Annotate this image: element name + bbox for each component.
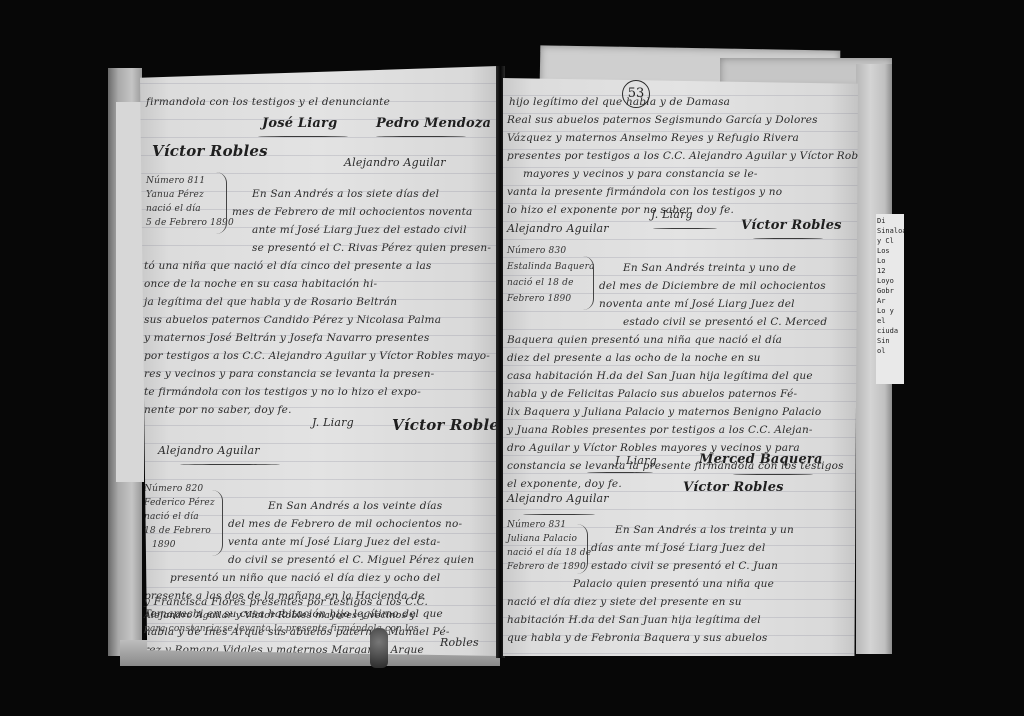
record-line: ja legítima del que habla y de Rosario B… [144,296,397,308]
record-line: do civil se presentó el C. Miguel Pérez … [228,554,474,566]
scanned-register-spread: Di Sinaloa y Cl Los Lo 12 Loyo Gobr Ar L… [0,0,1024,716]
continuation-line: firmandola con los testigos y el denunci… [146,96,390,108]
entry-margin-note: Número 830 [507,246,566,256]
left-page: firmandola con los testigos y el denunci… [140,66,498,656]
entry-margin-note: nació el día [144,512,199,522]
signature: Robles [440,636,479,649]
signature-flourish [753,238,823,239]
signature-flourish [258,136,348,137]
entry-margin-note: 1890 [152,540,176,550]
record-line: hijo legítimo del que habla y de Damasa [509,96,730,108]
signature: Víctor Robles [741,218,842,233]
margin-brace [216,172,227,234]
record-line: por testigos a los C.C. Alejandro Aguila… [144,350,490,362]
record-line: Real sus abuelos paternos Segismundo Gar… [507,114,818,126]
entry-margin-note: Federico Pérez [144,498,215,508]
signature: J. Liarg [651,208,693,221]
record-line: casa habitación H.da del San Juan hija l… [507,370,813,382]
signature-flourish [653,228,717,229]
entry-margin-note: Juliana Palacio [507,534,577,544]
record-line: diez del presente a las ocho de la noche… [507,352,761,364]
entry-margin-note: Yanua Pérez [146,190,204,200]
record-line: venta ante mí José Liarg Juez del esta- [228,536,440,548]
left-page-fold [116,102,144,482]
record-line: En San Andrés treinta y uno de [623,262,796,274]
signature: Víctor Robles [683,480,784,495]
record-line: días ante mí José Liarg Juez del [591,542,765,554]
record-line: vanta la presente firmándola con los tes… [507,186,782,198]
record-line: presentes por testigos a los C.C. Alejan… [507,150,858,162]
record-line: lo hizo el exponente por no saber, doy f… [507,204,734,216]
record-line: Vázquez y maternos Anselmo Reyes y Refug… [507,132,799,144]
record-line: noventa ante mí José Liarg Juez del [599,298,795,310]
signature: Alejandro Aguilar [507,222,609,235]
record-line: mes de Febrero de mil ochocientos novent… [232,206,472,218]
record-line: Alejandro Aguilar y Víctor Robles mayore… [144,610,415,621]
entry-margin-note: nació el día [146,204,201,214]
entry-margin-note: Estalinda Baquera [507,262,595,272]
entry-margin-note: nació el 18 de [507,278,574,288]
record-line: Baquera quien presentó una niña que naci… [507,334,782,346]
record-line: y Juana Robles presentes por testigos a … [507,424,813,436]
signature: José Liarg [262,116,337,131]
record-line: y Francisca Flores presentes por testigo… [144,596,428,608]
record-line: En San Andrés a los treinta y un [615,524,794,536]
binding-clip [370,628,388,668]
right-page: hijo legítimo del que habla y de Damasa … [503,78,858,656]
record-line: que habla y de Febronia Baquera y sus ab… [507,632,767,644]
signature-flourish [180,464,280,465]
margin-brace [212,490,223,556]
record-line: del mes de Diciembre de mil ochocientos [599,280,826,292]
entry-margin-note: Febrero de 1890 [507,562,586,572]
record-line: tó una niña que nació el día cinco del p… [144,260,432,272]
signature: Víctor Robles [152,142,268,160]
record-line: sus abuelos paternos Candido Pérez y Nic… [144,314,441,326]
signature: J. Liarg [615,454,657,467]
record-line: Palacio quien presentó una niña que [573,578,774,590]
record-line: del mes de Febrero de mil ochocientos no… [228,518,462,530]
signature-flourish [523,514,595,515]
entry-margin-note: Número 820 [144,484,203,494]
entry-margin-note: 18 de Febrero [144,526,211,536]
record-line: lix Baquera y Juliana Palacio y maternos… [507,406,821,418]
entry-margin-note: Número 811 [146,176,205,186]
record-line: habitación H.da del San Juan hija legíti… [507,614,761,626]
record-line: mayores y vecinos y para constancia se l… [523,168,758,180]
record-line: En San Andrés a los siete días del [252,188,439,200]
record-line: nació el día diez y siete del presente e… [507,596,742,608]
record-line: once de la noche en su casa habitación h… [144,278,377,290]
pasted-printed-slip: Di Sinaloa y Cl Los Lo 12 Loyo Gobr Ar L… [876,214,904,384]
record-line: el exponente, doy fe. [507,478,622,490]
signature: Alejandro Aguilar [158,444,260,457]
folio-number: 53 [622,80,650,108]
record-line: estado civil se presentó el C. Merced [623,316,827,328]
signature: Víctor Robles [392,416,498,434]
signature-flourish [733,474,813,475]
signature: Alejandro Aguilar [344,156,446,169]
margin-brace [583,256,594,310]
signature-flourish [376,136,466,137]
signature: Pedro Mendoza [376,116,491,131]
record-line: En San Andrés a los veinte días [268,500,442,512]
record-line: presentó un niño que nació el día diez y… [170,572,440,584]
record-line: se presentó el C. Rivas Pérez quien pres… [252,242,491,254]
record-line: habla y de Felicitas Palacio sus abuelos… [507,388,797,400]
signature: J. Liarg [312,416,354,429]
record-line: estado civil se presentó el C. Juan [591,560,778,572]
margin-brace [577,524,588,574]
record-line: nente por no saber, doy fe. [144,404,292,416]
signature: Merced Baquera [699,452,823,467]
record-line: res y vecinos y para constancia se levan… [144,368,434,380]
entry-margin-note: Número 831 [507,520,566,530]
entry-margin-note: Febrero 1890 [507,294,571,304]
signature: Alejandro Aguilar [507,492,609,505]
record-line: y maternos José Beltrán y Josefa Navarro… [144,332,429,344]
record-line: ante mí José Liarg Juez del estado civil [252,224,467,236]
signature-flourish [587,472,653,473]
record-line: te firmándola con los testigos y no lo h… [144,386,421,398]
